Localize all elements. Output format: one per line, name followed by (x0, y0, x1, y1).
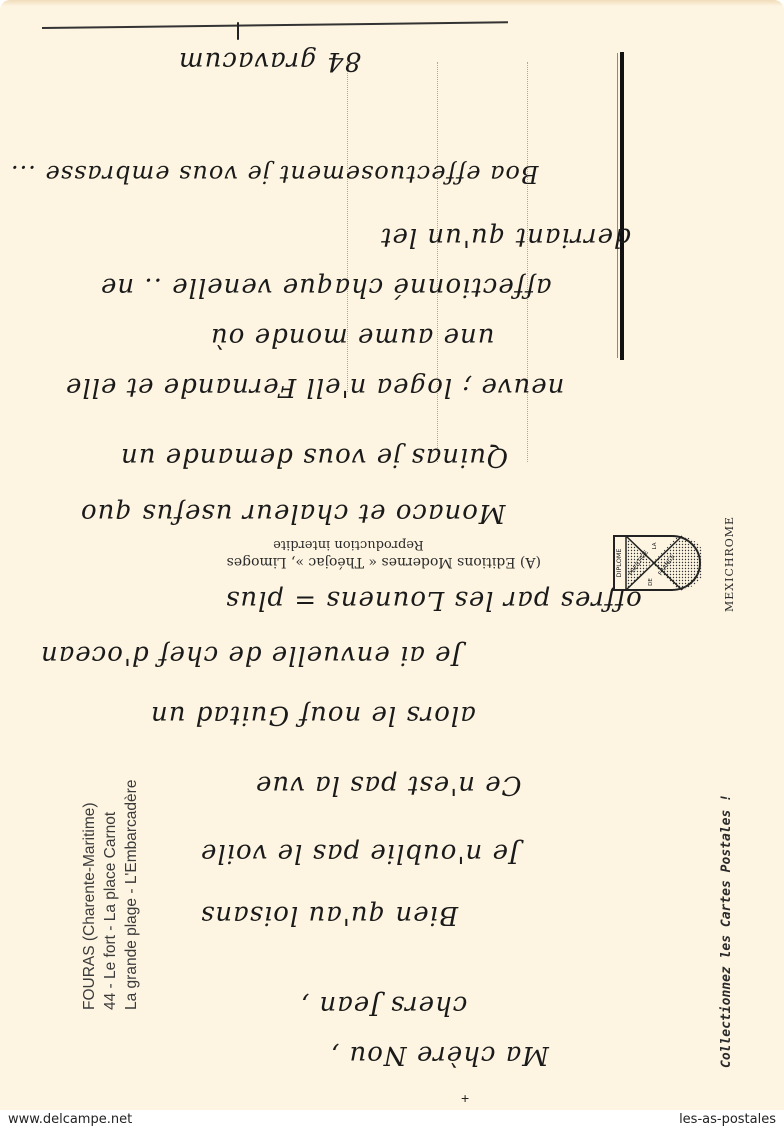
handwriting-line: affectionné chaque venelle .. ne (100, 272, 552, 302)
handwriting-line: Boa effectuosement je vous embrasse ... (10, 160, 539, 188)
address-line (42, 21, 508, 29)
divider-line (620, 52, 624, 360)
caption-title: FOURAS (Charente-Maritime) (79, 780, 100, 1010)
postcard-back: 84 gravacum Boa effectuosement je vous e… (0, 0, 784, 1110)
handwriting-line: neuve ; logea n'ell Fernande et elle (65, 372, 564, 402)
caption-block: FOURAS (Charente-Maritime) 44 - Le fort … (79, 780, 142, 1010)
ink-stroke (237, 22, 239, 40)
handwriting-line: Ce n'est pas la vue (255, 770, 522, 800)
handwriting-line: Monaco et chaleur usefus quo (80, 498, 506, 528)
dotted-guide-line (527, 62, 528, 462)
handwriting-line: Je n'oublie pas le voile (200, 838, 519, 868)
reproduction-notice: Reproduction interdite (196, 537, 541, 552)
slogan-text: Collectionnez les Cartes Postales ! (719, 794, 734, 1068)
handwriting-line: 84 gravacum (178, 46, 361, 76)
caption-subtitle: La grande plage - L'Embarcadère (121, 780, 142, 1010)
handwriting-line: chers Jean , (300, 990, 467, 1020)
handwriting-line: Quinas je vous demande un (120, 442, 508, 472)
handwriting-line: Ma chère Nou , (330, 1040, 549, 1070)
svg-text:DE: DE (648, 578, 654, 586)
handwriting-line: alors le nouf Guitad un (150, 700, 476, 730)
handwriting-line: offres par les Lounens = plus (225, 585, 642, 615)
publisher-block: (A) Editions Modernes « Théojac », Limog… (196, 537, 541, 570)
caption-subtitle: 44 - Le fort - La place Carnot (100, 780, 121, 1010)
svg-text:LA: LA (652, 542, 658, 549)
publisher-name: (A) Editions Modernes « Théojac », Limog… (196, 554, 541, 570)
svg-text:DIPLOME: DIPLOME (615, 548, 623, 577)
watermark-footer: www.delcampe.net les-as-postales (0, 1110, 784, 1131)
ink-mark: + (461, 1090, 469, 1106)
divider-line-thin (617, 53, 618, 358)
brand-label: MEXICHROME (723, 516, 736, 612)
handwriting-line: derriant qu'un let (380, 222, 631, 252)
seller-label: les-as-postales (679, 1112, 776, 1127)
diplome-prestige-logo-icon: DIPLOME PRESTIGE LA DE FRANCE (612, 534, 702, 592)
dotted-guide-line (437, 62, 438, 462)
handwriting-line: Je ai envuelle de chef d'ocean (40, 640, 462, 670)
source-site-label: www.delcampe.net (8, 1112, 132, 1127)
handwriting-line: une aume monde où (210, 322, 494, 352)
handwriting-line: Bien qu'au loisans (200, 900, 458, 930)
